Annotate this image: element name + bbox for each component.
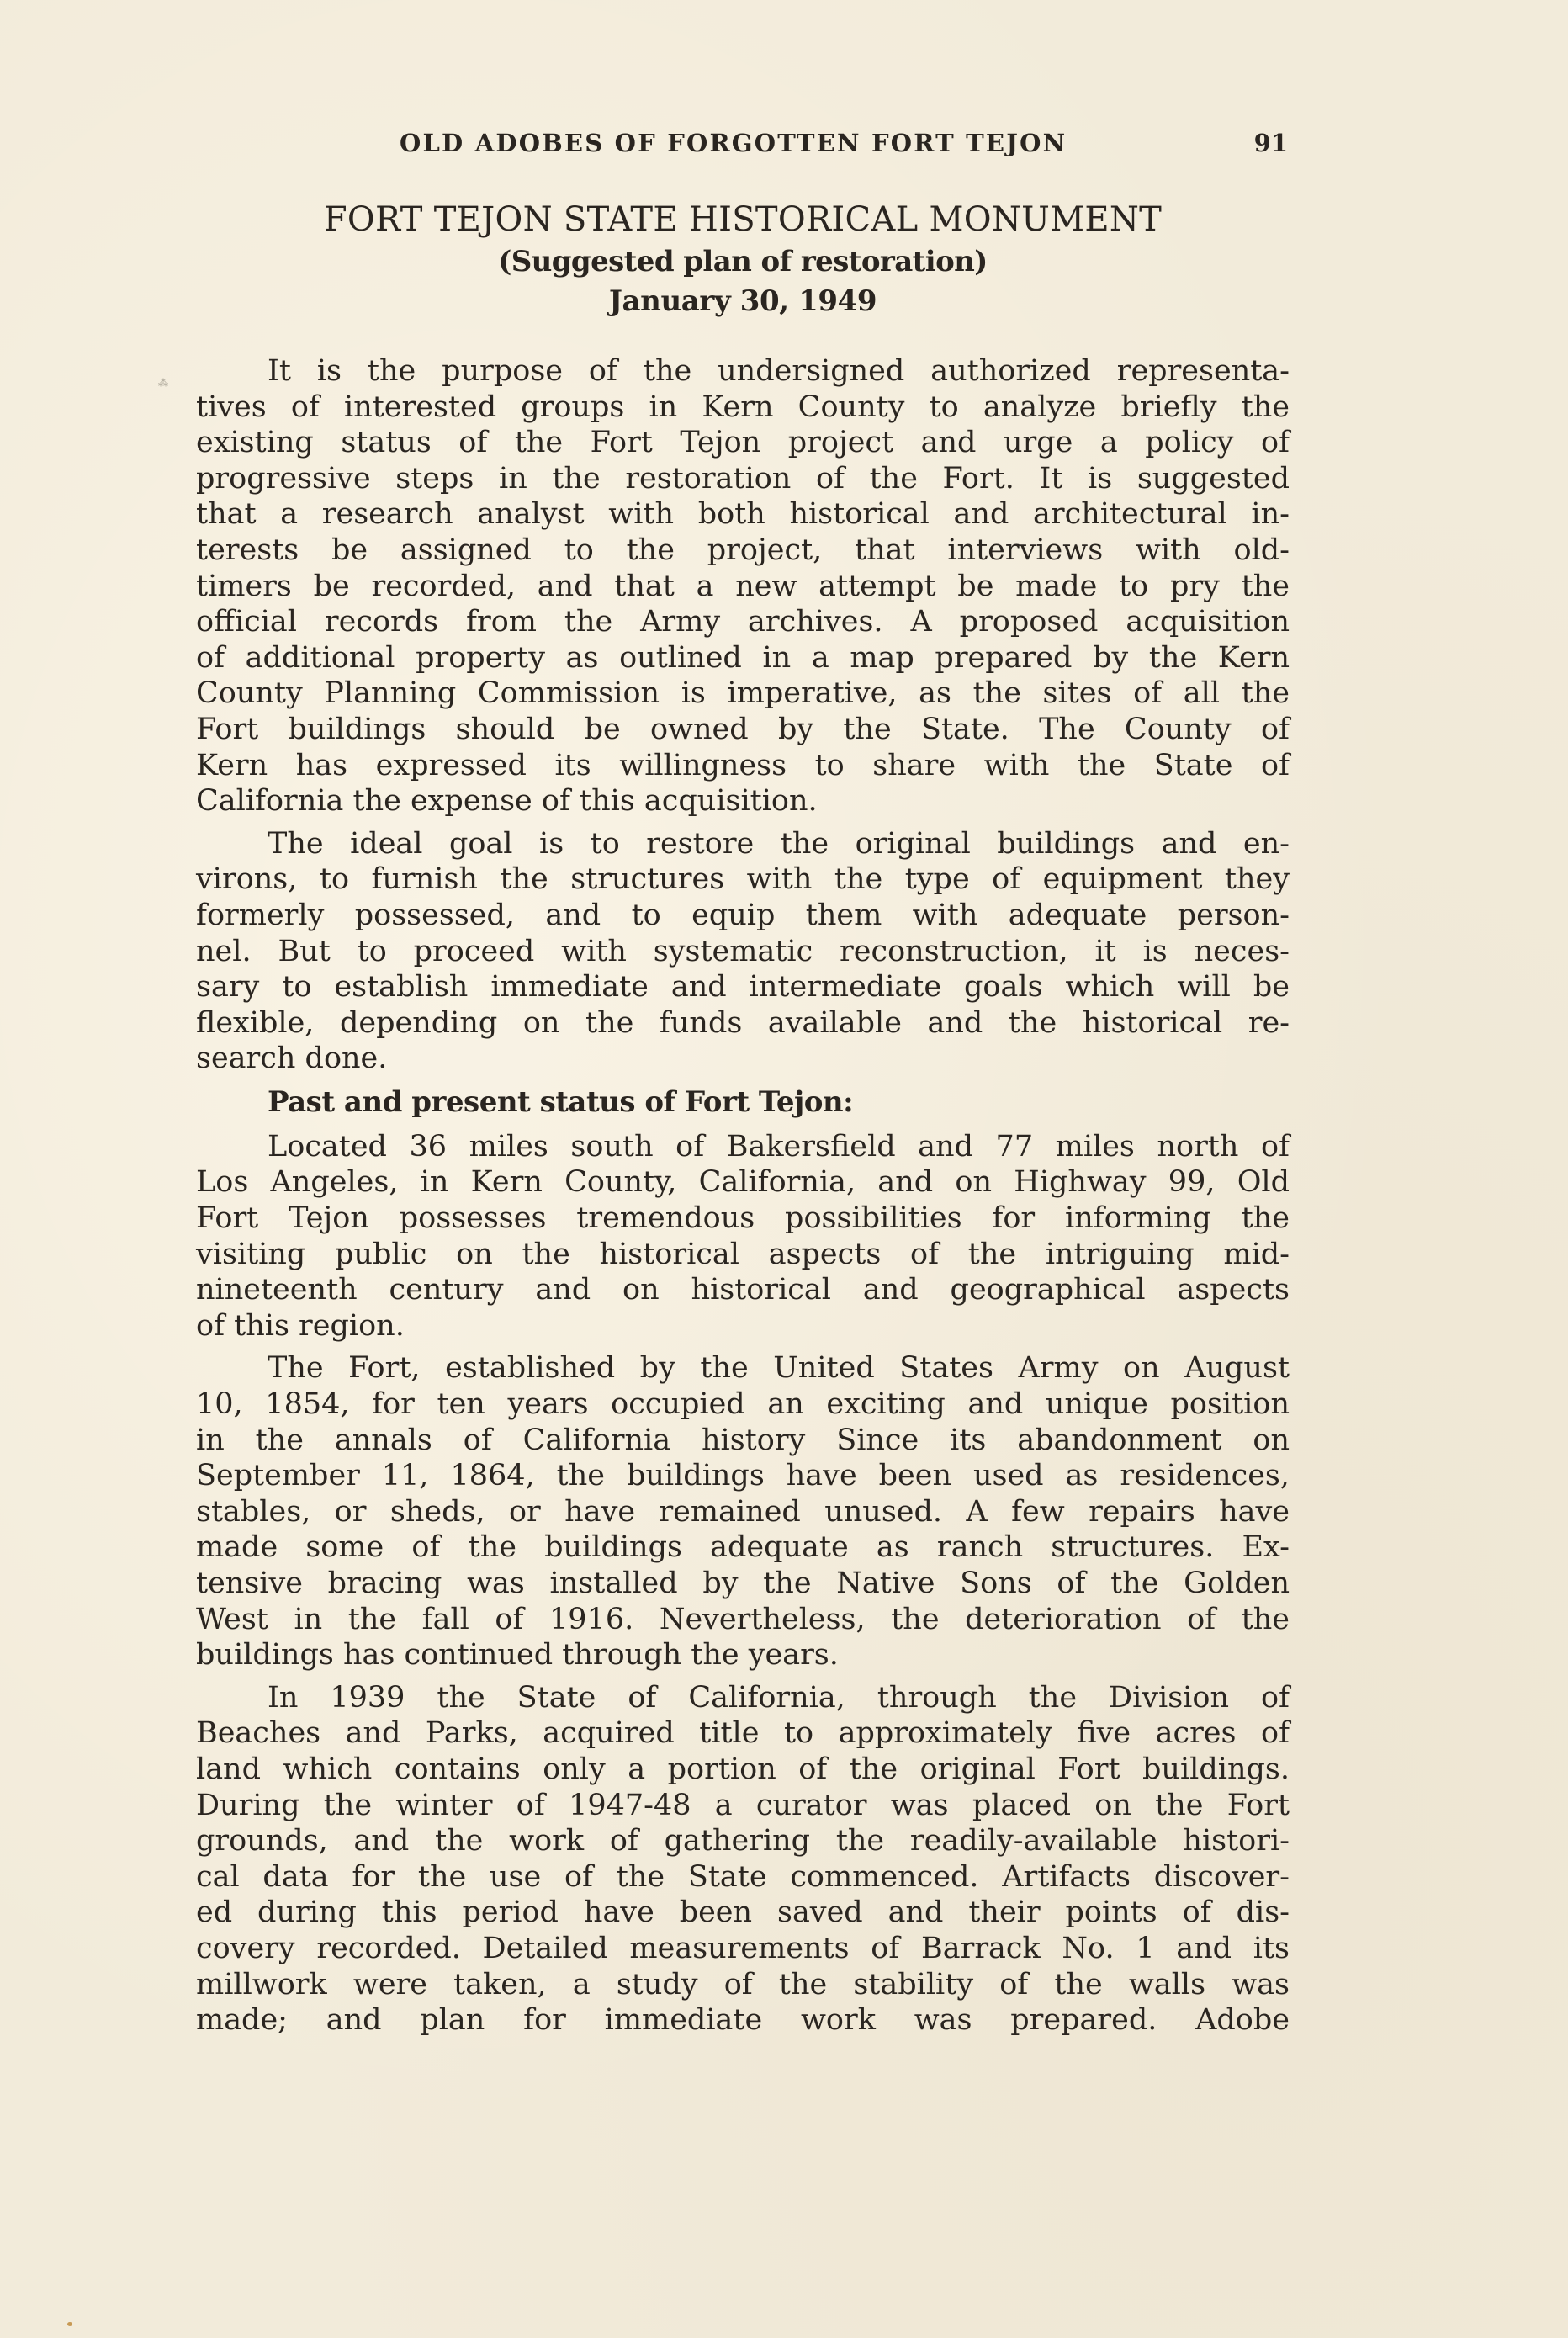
text-line: Kern has expressed its willingness to sh… [196, 748, 1290, 784]
section-heading: Past and present status of Fort Tejon: [196, 1084, 1290, 1121]
text-line: nineteenth century and on historical and… [196, 1272, 1290, 1308]
text-line: flexible, depending on the funds availab… [196, 1005, 1290, 1042]
text-line: Fort Tejon possesses tremendous possibil… [196, 1201, 1290, 1237]
text-line: progressive steps in the restoration of … [196, 461, 1290, 497]
paragraphs-before-section: It is the purpose of the undersigned aut… [196, 353, 1290, 1077]
paragraphs-after-section: Located 36 miles south of Bakersfield an… [196, 1129, 1290, 2038]
text-line: terests be assigned to the project, that… [196, 533, 1290, 569]
text-line: ed during this period have been saved an… [196, 1895, 1290, 1931]
running-head: OLD ADOBES OF FORGOTTEN FORT TEJON 91 [196, 126, 1290, 160]
text-line: 10, 1854, for ten years occupied an exci… [196, 1386, 1290, 1423]
document-heading: FORT TEJON STATE HISTORICAL MONUMENT (Su… [196, 199, 1290, 320]
ink-smudge-icon: ⁂ [158, 377, 170, 387]
paragraph: It is the purpose of the undersigned aut… [196, 353, 1290, 819]
text-line: grounds, and the work of gathering the r… [196, 1823, 1290, 1859]
text-line: cal data for the use of the State commen… [196, 1859, 1290, 1895]
text-line: in the annals of California history Sinc… [196, 1423, 1290, 1459]
text-line: The ideal goal is to restore the origina… [196, 826, 1290, 862]
text-line: tives of interested groups in Kern Count… [196, 390, 1290, 426]
text-line: West in the fall of 1916. Nevertheless, … [196, 1602, 1290, 1638]
text-line: California the expense of this acquisiti… [196, 783, 1290, 819]
document-subtitle: (Suggested plan of restoration) [196, 241, 1290, 283]
text-line: Located 36 miles south of Bakersfield an… [196, 1129, 1290, 1165]
text-line: timers be recorded, and that a new attem… [196, 569, 1290, 605]
paragraph: The ideal goal is to restore the origina… [196, 826, 1290, 1077]
document-date: January 30, 1949 [196, 283, 1290, 320]
text-line: virons, to furnish the structures with t… [196, 862, 1290, 898]
text-line: tensive bracing was installed by the Nat… [196, 1566, 1290, 1602]
text-line: search done. [196, 1041, 1290, 1077]
text-line: It is the purpose of the undersigned aut… [196, 353, 1290, 390]
document-title: FORT TEJON STATE HISTORICAL MONUMENT [196, 199, 1290, 241]
book-page: OLD ADOBES OF FORGOTTEN FORT TEJON 91 FO… [0, 0, 1568, 2338]
page-number: 91 [1254, 126, 1288, 160]
paragraph: In 1939 the State of California, through… [196, 1680, 1290, 2038]
running-head-title: OLD ADOBES OF FORGOTTEN FORT TEJON [400, 126, 1067, 160]
text-line: During the winter of 1947-48 a curator w… [196, 1788, 1290, 1824]
text-line: buildings has continued through the year… [196, 1637, 1290, 1673]
text-line: Fort buildings should be owned by the St… [196, 712, 1290, 748]
text-line: existing status of the Fort Tejon projec… [196, 425, 1290, 461]
body-text: It is the purpose of the undersigned aut… [196, 353, 1290, 2045]
text-line: made; and plan for immediate work was pr… [196, 2002, 1290, 2038]
text-line: land which contains only a portion of th… [196, 1752, 1290, 1788]
text-line: Los Angeles, in Kern County, California,… [196, 1164, 1290, 1201]
text-line: official records from the Army archives.… [196, 604, 1290, 640]
text-line: stables, or sheds, or have remained unus… [196, 1494, 1290, 1530]
text-line: visiting public on the historical aspect… [196, 1237, 1290, 1273]
text-line: County Planning Commission is imperative… [196, 676, 1290, 712]
text-line: In 1939 the State of California, through… [196, 1680, 1290, 1716]
text-line: formerly possessed, and to equip them wi… [196, 898, 1290, 934]
text-line: September 11, 1864, the buildings have b… [196, 1458, 1290, 1494]
text-line: sary to establish immediate and intermed… [196, 969, 1290, 1005]
text-line: millwork were taken, a study of the stab… [196, 1967, 1290, 2003]
paper-speck-icon [67, 2322, 72, 2326]
text-line: of this region. [196, 1308, 1290, 1344]
text-line: of additional property as outlined in a … [196, 640, 1290, 676]
text-line: The Fort, established by the United Stat… [196, 1350, 1290, 1386]
text-line: made some of the buildings adequate as r… [196, 1530, 1290, 1566]
text-line: that a research analyst with both histor… [196, 496, 1290, 533]
paragraph: Located 36 miles south of Bakersfield an… [196, 1129, 1290, 1344]
text-line: covery recorded. Detailed measurements o… [196, 1931, 1290, 1967]
paragraph: The Fort, established by the United Stat… [196, 1350, 1290, 1673]
text-line: nel. But to proceed with systematic reco… [196, 934, 1290, 970]
text-line: Beaches and Parks, acquired title to app… [196, 1715, 1290, 1752]
